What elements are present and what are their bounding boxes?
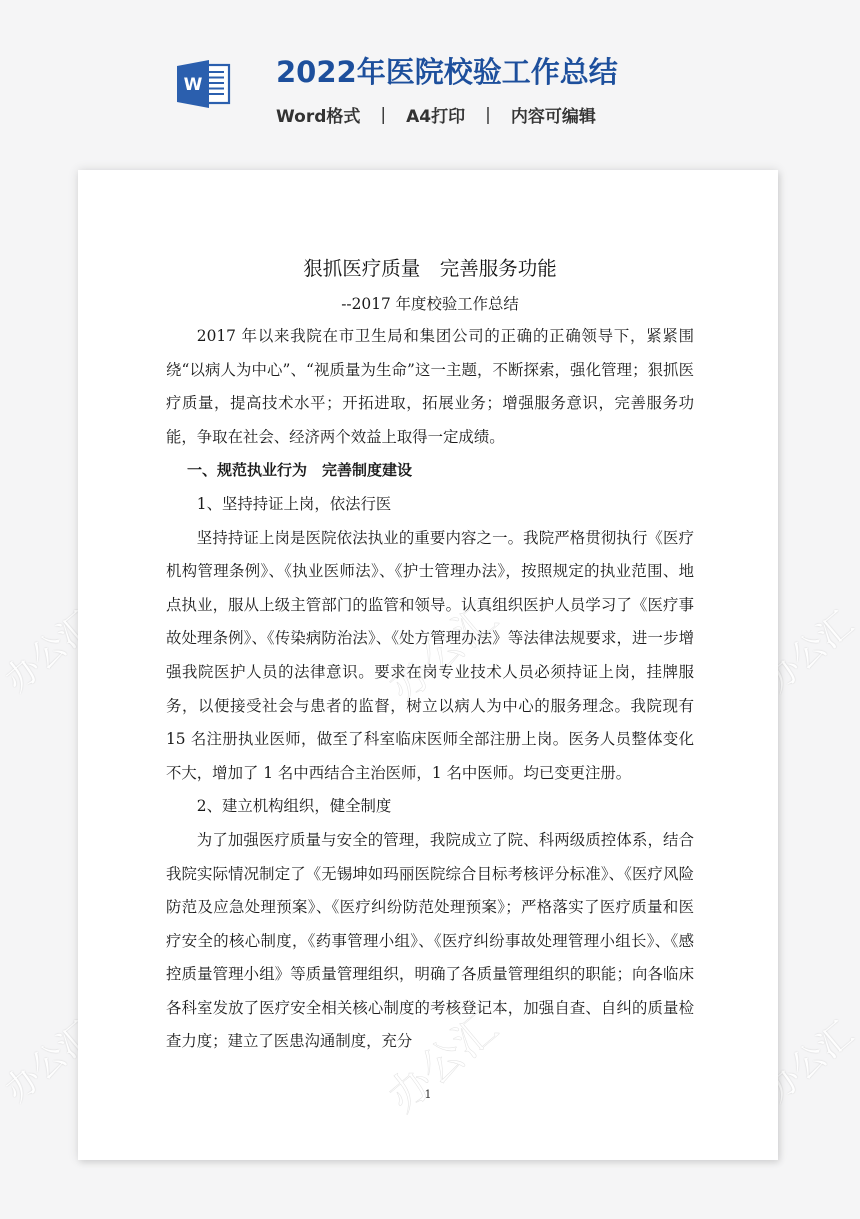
separator: | <box>380 105 386 125</box>
feature-editable: 内容可编辑 <box>511 102 596 127</box>
body-paragraph: 坚持持证上岗是医院依法执业的重要内容之一。我院严格贯彻执行《医疗机构管理条例》、… <box>166 522 694 791</box>
separator: | <box>485 105 491 125</box>
subsection-heading: 2、建立机构组织，健全制度 <box>166 790 694 824</box>
header-features: Word格式 | A4打印 | 内容可编辑 <box>276 102 596 127</box>
document-subtitle: --2017 年度校验工作总结 <box>166 288 694 320</box>
subsection-heading: 1、坚持持证上岗，依法行医 <box>166 488 694 522</box>
document-title: 狠抓医疗质量 完善服务功能 <box>166 254 694 284</box>
svg-text:W: W <box>184 75 203 95</box>
header-banner: W 2022年医院校验工作总结 Word格式 | A4打印 | 内容可编辑 <box>0 0 860 160</box>
word-document-icon: W <box>175 58 231 110</box>
feature-a4-print: A4打印 <box>406 102 465 127</box>
page-number: 1 <box>78 1088 778 1101</box>
intro-paragraph: 2017 年以来我院在市卫生局和集团公司的正确的正确领导下，紧紧围绕“以病人为中… <box>166 320 694 454</box>
section-heading: 一、规范执业行为 完善制度建设 <box>166 454 694 488</box>
document-page: 狠抓医疗质量 完善服务功能 --2017 年度校验工作总结 2017 年以来我院… <box>78 170 778 1160</box>
body-paragraph: 为了加强医疗质量与安全的管理，我院成立了院、科两级质控体系，结合我院实际情况制定… <box>166 824 694 1059</box>
document-body: 狠抓医疗质量 完善服务功能 --2017 年度校验工作总结 2017 年以来我院… <box>166 254 694 1059</box>
feature-word-format: Word格式 <box>276 102 360 127</box>
header-title: 2022年医院校验工作总结 <box>276 50 618 91</box>
